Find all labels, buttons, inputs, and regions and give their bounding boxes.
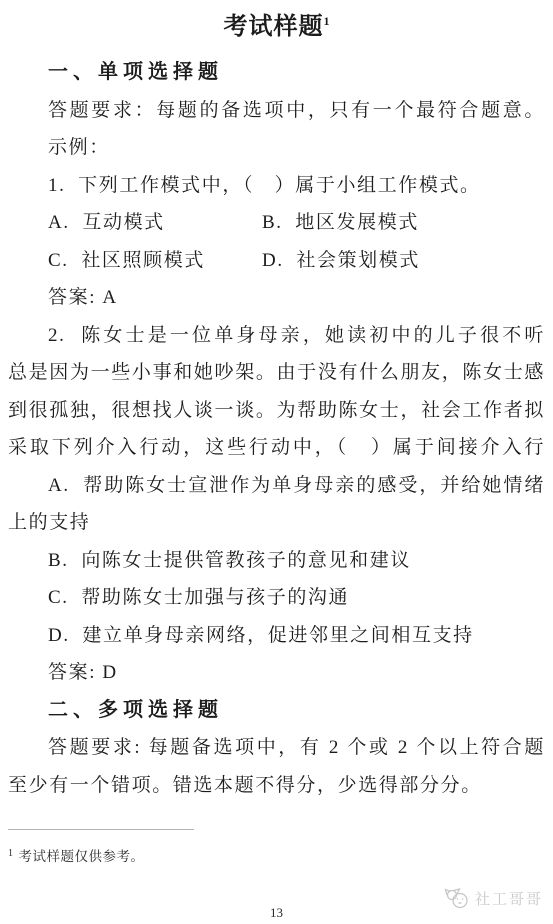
title-footnote-marker: 1: [324, 14, 330, 28]
q1-options-ab: A. 互动模式B. 地区发展模式: [8, 204, 545, 242]
q2-stem-line2: 总是因为一些小事和她吵架。由于没有什么朋友，陈女士感: [8, 354, 545, 392]
q1-options-cd-left: C. 社区照顾模式: [48, 242, 262, 280]
section1-instructions: 答题要求：每题的备选项中，只有一个最符合题意。: [8, 92, 545, 130]
q1-options-ab-right: B. 地区发展模式: [262, 204, 545, 242]
q2-option-a-line2: 上的支持: [8, 504, 545, 542]
q1-options-ab-left: A. 互动模式: [48, 204, 262, 242]
q1-answer: 答案: A: [8, 279, 545, 317]
section2-instructions-line2: 至少有一个错项。错选本题不得分，少选得部分分。: [8, 767, 545, 805]
document-page: 考试样题1 一、单项选择题答题要求：每题的备选项中，只有一个最符合题意。示例：1…: [0, 0, 553, 924]
q2-option-b: B. 向陈女士提供管教孩子的意见和建议: [8, 542, 545, 580]
page-number: 13: [0, 905, 553, 921]
q2-answer: 答案: D: [8, 654, 545, 692]
q1-options-cd: C. 社区照顾模式D. 社会策划模式: [8, 242, 545, 280]
q2-option-c: C. 帮助陈女士加强与孩子的沟通: [8, 579, 545, 617]
example-label: 示例：: [8, 129, 545, 167]
q2-stem-line3: 到很孤独，很想找人谈一谈。为帮助陈女士，社会工作者拟: [8, 392, 545, 430]
page-title-text: 考试样题: [224, 14, 324, 40]
section2-instructions-line1: 答题要求: 每题备选项中，有 2 个或 2 个以上符合题意，: [8, 729, 545, 767]
page-title: 考试样题1: [0, 0, 553, 41]
footnote-separator: [8, 829, 194, 830]
q1-stem: 1. 下列工作模式中，（ ）属于小组工作模式。: [8, 167, 545, 205]
q2-stem-line1: 2. 陈女士是一位单身母亲，她读初中的儿子很不听话，: [8, 317, 545, 355]
section1-heading: 一、单项选择题: [8, 54, 545, 92]
footnote: 1考试样题仅供参考。: [8, 845, 553, 865]
section2-heading: 二、多项选择题: [8, 692, 545, 730]
q1-options-cd-right: D. 社会策划模式: [262, 242, 545, 280]
q2-stem-line4: 采取下列介入行动，这些行动中，（ ）属于间接介入行动。: [8, 429, 545, 467]
q2-option-a-line1: A. 帮助陈女士宣泄作为单身母亲的感受，并给她情绪: [8, 467, 545, 505]
q2-option-d: D. 建立单身母亲网络，促进邻里之间相互支持: [8, 617, 545, 655]
footnote-marker: 1: [8, 848, 14, 859]
footnote-text: 考试样题仅供参考。: [19, 849, 145, 864]
document-content: 一、单项选择题答题要求：每题的备选项中，只有一个最符合题意。示例：1. 下列工作…: [0, 54, 553, 804]
